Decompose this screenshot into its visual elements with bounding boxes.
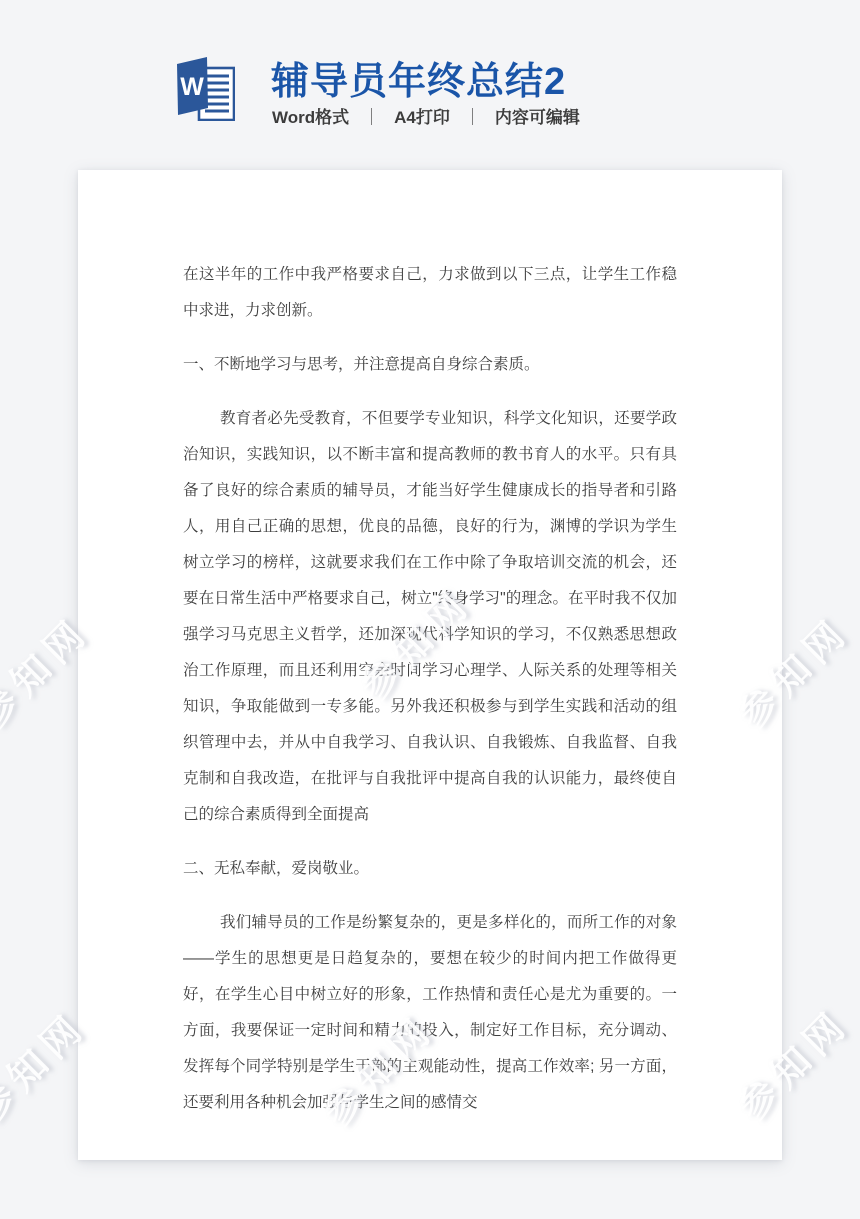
meta-a4-print: A4打印 (394, 108, 450, 127)
heading-section-2: 二、无私奉献，爱岗敬业。 (183, 851, 677, 887)
meta-word-format: Word格式 (272, 108, 349, 127)
word-icon: W (177, 56, 235, 121)
meta-editable: 内容可编辑 (495, 108, 580, 127)
heading-section-1: 一、不断地学习与思考，并注意提高自身综合素质。 (183, 347, 677, 383)
paragraph-section-1-body: 教育者必先受教育，不但要学专业知识，科学文化知识，还要学政治知识，实践知识，以不… (183, 401, 677, 833)
meta-separator: ｜ (363, 108, 380, 127)
document-page-preview: 在这半年的工作中我严格要求自己，力求做到以下三点，让学生工作稳中求进，力求创新。… (78, 170, 782, 1160)
word-icon-letter: W (180, 73, 204, 101)
meta-separator: ｜ (464, 108, 481, 127)
document-format-info: Word格式｜A4打印｜内容可编辑 (272, 103, 580, 128)
paragraph-section-2-body: 我们辅导员的工作是纷繁复杂的，更是多样化的，而所工作的对象——学生的思想更是日趋… (183, 905, 677, 1121)
paragraph-intro: 在这半年的工作中我严格要求自己，力求做到以下三点，让学生工作稳中求进，力求创新。 (183, 257, 677, 329)
page-title: 辅导员年终总结2 (271, 50, 566, 105)
